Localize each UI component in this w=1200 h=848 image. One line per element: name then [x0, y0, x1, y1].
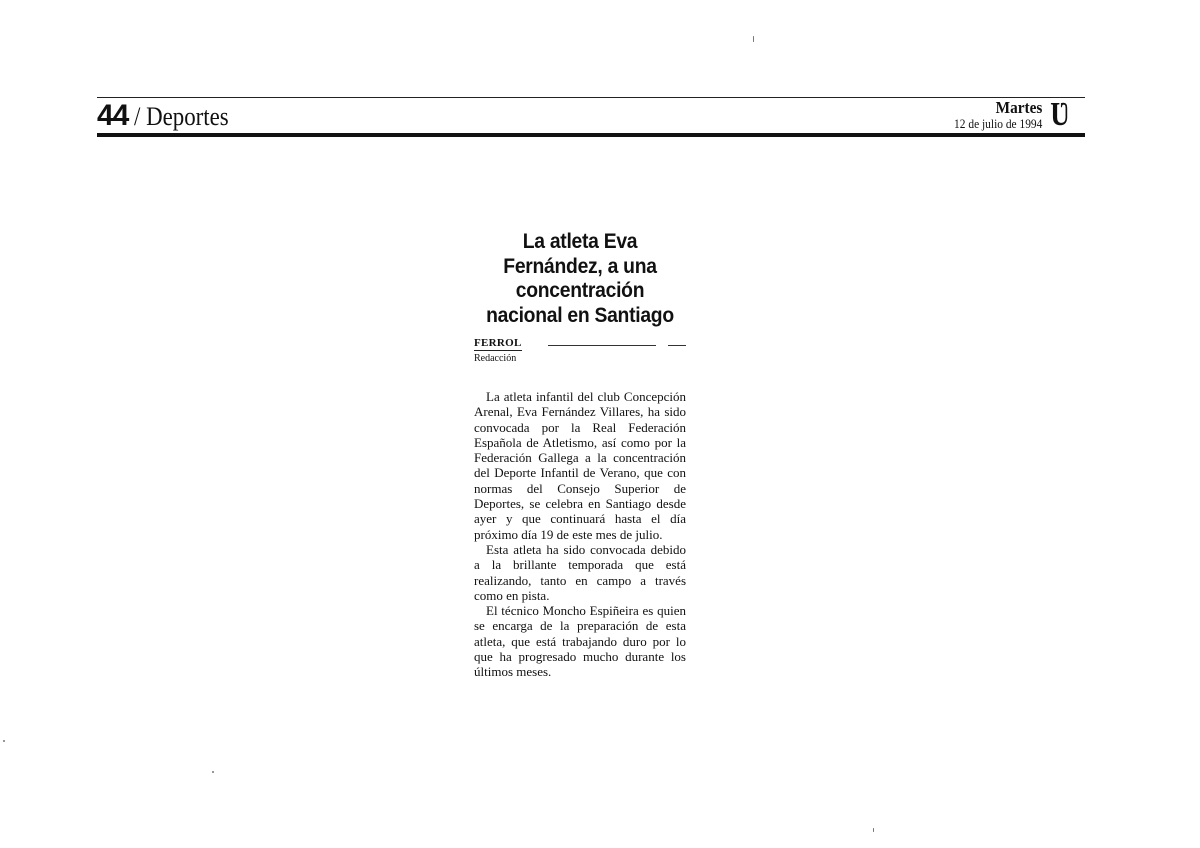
page-number: 44 [97, 99, 128, 133]
date-block: Martes 12 de julio de 1994 [942, 97, 1042, 130]
scan-speck [3, 740, 5, 742]
article-paragraph: Esta atleta ha sido convocada debido a l… [474, 542, 686, 603]
byline-rule [548, 345, 656, 346]
article-source: Redacción [474, 353, 686, 364]
article-headline: La atleta Eva Fernández, a una concentra… [482, 230, 677, 328]
section-name: / Deportes [134, 100, 229, 134]
scan-speck [753, 36, 754, 42]
header-top-rule [97, 97, 1085, 98]
newspaper-logo-icon: Ʋ [1050, 97, 1068, 133]
article-paragraph: La atleta infantil del club Concepción A… [474, 389, 686, 542]
article: La atleta Eva Fernández, a una concentra… [474, 230, 686, 680]
weekday: Martes [952, 99, 1042, 116]
byline: FERROL [474, 337, 686, 351]
scan-speck [212, 771, 214, 773]
article-paragraph: El técnico Moncho Espiñeira es quien se … [474, 603, 686, 679]
article-body: La atleta infantil del club Concepción A… [474, 389, 686, 680]
dateline-place: FERROL [474, 337, 522, 351]
scan-speck [873, 828, 874, 832]
byline-rule-short [668, 345, 686, 346]
publication-date: 12 de julio de 1994 [954, 117, 1042, 130]
section-header: 44 / Deportes [97, 99, 242, 133]
header-bottom-rule [97, 133, 1085, 137]
